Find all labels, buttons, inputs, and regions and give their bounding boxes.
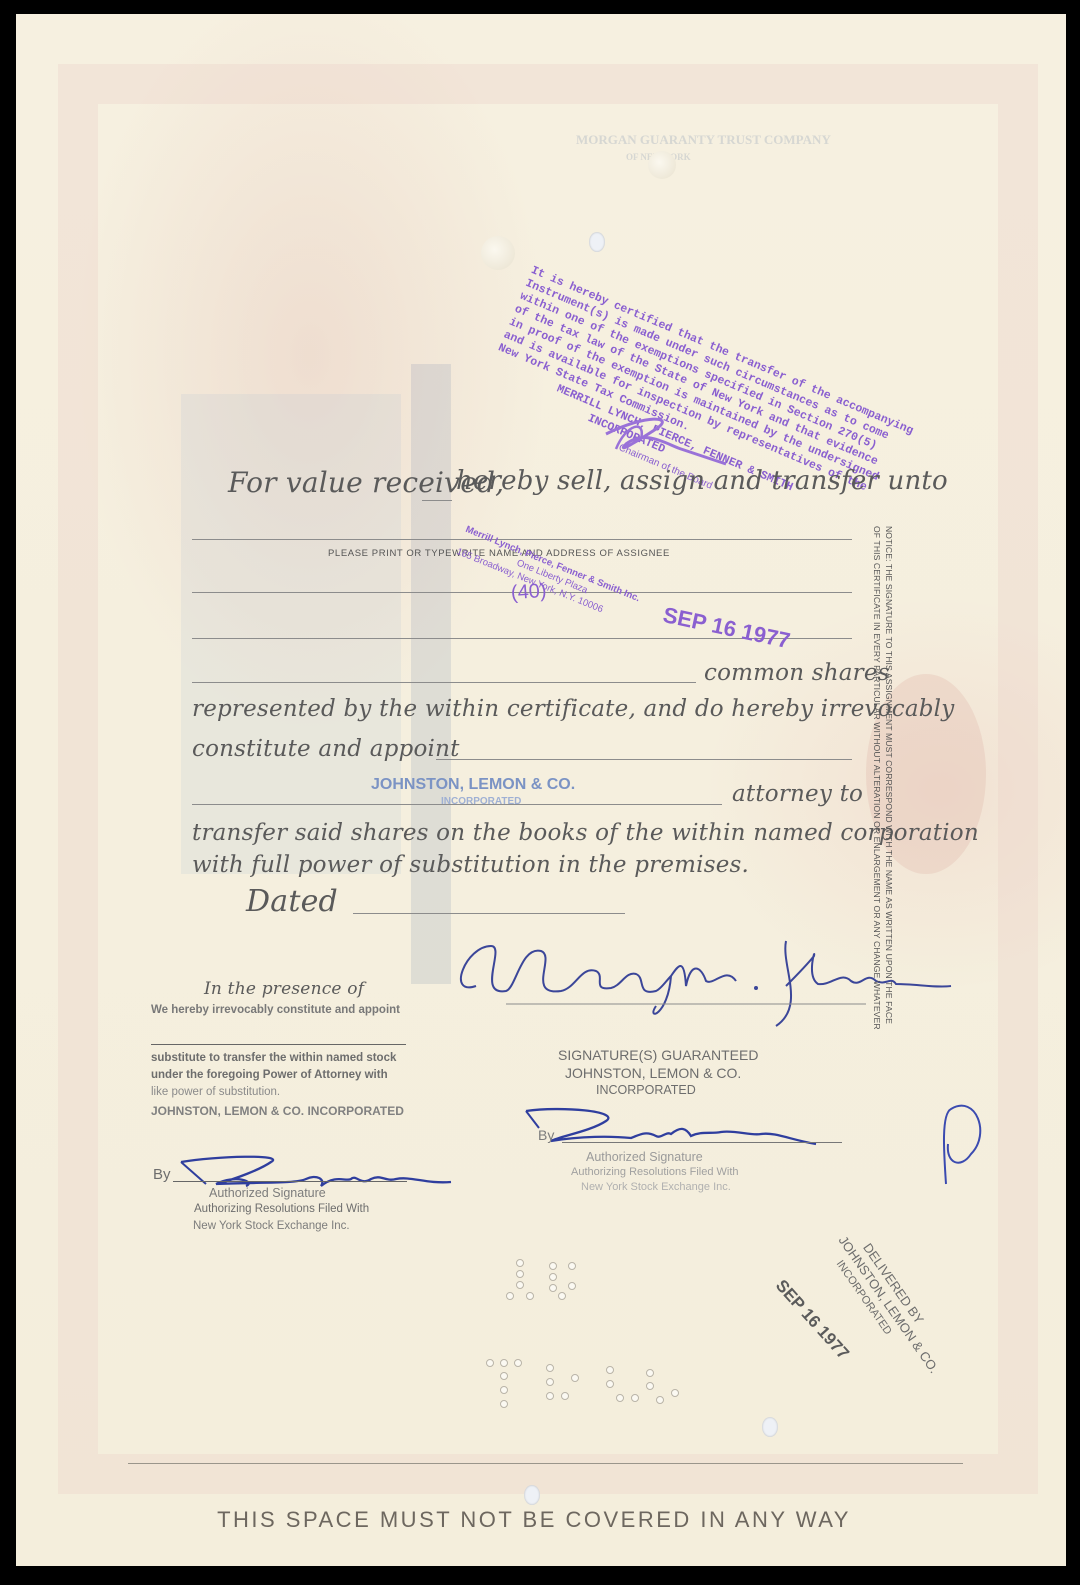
guarantee-inc: INCORPORATED (596, 1083, 696, 1097)
guarantee-auth-res: Authorizing Resolutions Filed With (571, 1166, 739, 1178)
guarantee-nyse: New York Stock Exchange Inc. (581, 1181, 731, 1193)
substitute-name-line (151, 1044, 406, 1045)
guarantee-by: By (538, 1127, 554, 1143)
common-shares-label: common shares (704, 660, 890, 686)
constitute-appoint: constitute and appoint (192, 736, 460, 762)
presence-label: In the presence of (204, 979, 364, 999)
substitution-line-1: We hereby irrevocably constitute and app… (151, 1004, 400, 1016)
transfer-line: transfer said shares on the books of the… (192, 820, 979, 846)
substitution-auth-sig: Authorized Signature (209, 1186, 326, 1200)
emboss-mark (481, 236, 515, 270)
attorney-firm-stamp: JOHNSTON, LEMON & CO. (371, 776, 575, 794)
blue-pen-mark (916, 1074, 996, 1194)
assignee-line (192, 539, 852, 540)
guarantee-by-line (562, 1142, 842, 1143)
guarantee-heading: SIGNATURE(S) GUARANTEED (558, 1047, 758, 1063)
guarantee-auth-sig: Authorized Signature (586, 1150, 703, 1164)
notice-line-1: NOTICE: THE SIGNATURE TO THIS ASSIGNMENT… (883, 526, 894, 1024)
attorney-line (192, 804, 722, 805)
substitution-line-2: substitute to transfer the within named … (151, 1052, 396, 1064)
assignor-blank (422, 500, 452, 501)
punch-hole (589, 232, 605, 252)
emboss-mark (648, 151, 676, 179)
guarantee-signature (521, 1106, 821, 1156)
show-through-trust-company: MORGAN GUARANTY TRUST COMPANY (576, 132, 831, 148)
substitution-nyse: New York Stock Exchange Inc. (193, 1220, 350, 1232)
show-through-title-bar (411, 364, 451, 984)
certificate-paper: MORGAN GUARANTY TRUST COMPANY OF NEW YOR… (16, 14, 1066, 1566)
shares-line (192, 682, 696, 683)
guarantee-firm: JOHNSTON, LEMON & CO. (565, 1065, 741, 1081)
do-not-cover-warning: THIS SPACE MUST NOT BE COVERED IN ANY WA… (16, 1507, 1059, 1533)
represented-line: represented by the within certificate, a… (192, 696, 954, 722)
substitution-by-line (173, 1181, 407, 1182)
date-line (353, 913, 625, 914)
punch-hole (762, 1417, 778, 1437)
dated-label: Dated (246, 884, 338, 919)
substitution-auth-res: Authorizing Resolutions Filed With (194, 1203, 369, 1215)
attorney-name-line (436, 759, 852, 760)
purple-signature (586, 404, 736, 474)
substitution-line-3: under the foregoing Power of Attorney wi… (151, 1069, 388, 1081)
attorney-firm-inc: INCORPORATED (441, 796, 521, 807)
office-code: (40) (510, 580, 547, 605)
substitution-firm: JOHNSTON, LEMON & CO. INCORPORATED (151, 1104, 404, 1118)
punch-hole (524, 1485, 540, 1505)
attorney-to-label: attorney to (732, 781, 863, 807)
sell-assign-transfer: hereby sell, assign and transfer unto (456, 466, 948, 496)
notice-line-2: OF THIS CERTIFICATE IN EVERY PARTICULAR … (871, 526, 882, 1030)
substitution-by: By (153, 1166, 171, 1183)
substitution-line-4: like power of substitution. (151, 1086, 280, 1098)
bottom-rule (128, 1463, 963, 1464)
substitution-line: with full power of substitution in the p… (192, 852, 749, 878)
